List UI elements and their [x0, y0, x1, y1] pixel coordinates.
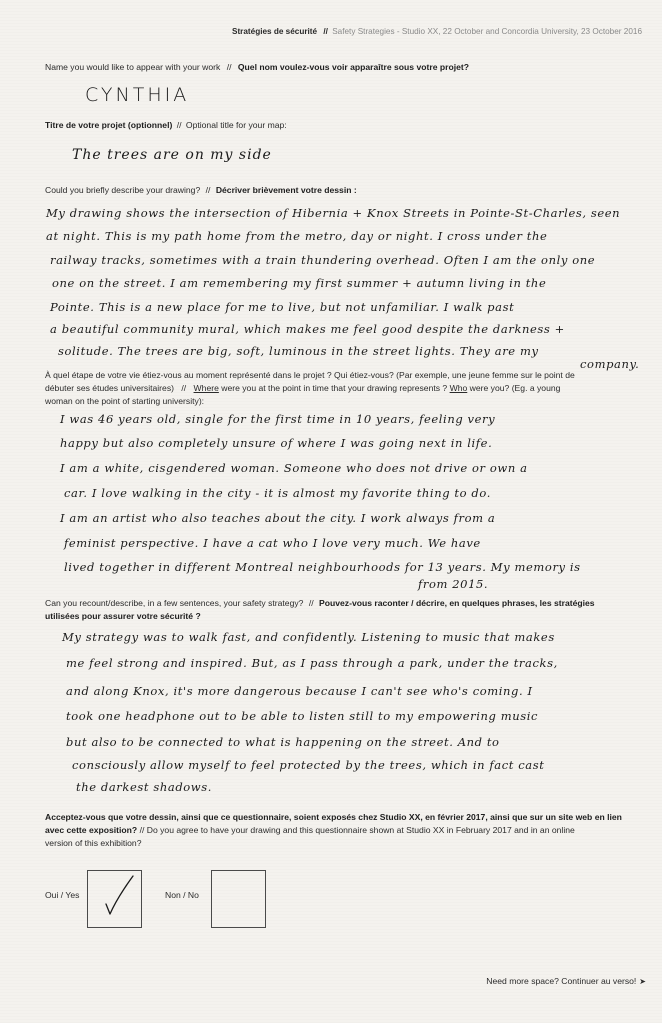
footer-note: Need more space? Continuer au verso!➤	[486, 976, 646, 986]
handwritten-line: a beautiful community mural, which makes…	[50, 322, 565, 336]
separator: //	[227, 62, 232, 72]
no-checkbox[interactable]	[211, 870, 266, 928]
title-question: Titre de votre projet (optionnel) // Opt…	[45, 119, 635, 132]
handwritten-line: took one headphone out to be able to lis…	[66, 709, 538, 723]
header-subtitle: Safety Strategies - Studio XX, 22 Octobe…	[332, 27, 642, 36]
handwritten-line: lived together in different Montreal nei…	[64, 560, 581, 574]
checkmark-icon	[87, 870, 142, 928]
handwritten-line: I am a white, cisgendered woman. Someone…	[60, 461, 528, 475]
name-label-fr: Quel nom voulez-vous voir apparaître sou…	[238, 62, 469, 72]
consent-label-fr-2: avec cette exposition?	[45, 825, 137, 835]
handwritten-line: My strategy was to walk fast, and confid…	[62, 630, 555, 644]
strategy-label-en: Can you recount/describe, in a few sente…	[45, 598, 303, 608]
handwritten-line: feminist perspective. I have a cat who I…	[64, 536, 481, 550]
footer-text: Need more space? Continuer au verso!	[486, 976, 636, 986]
page-header: Stratégies de sécurité // Safety Strateg…	[0, 27, 662, 36]
handwritten-line: My drawing shows the intersection of Hib…	[46, 206, 620, 220]
life-stage-label-fr-1: À quel étape de votre vie étiez-vous au …	[45, 369, 635, 382]
handwritten-line: consciously allow myself to feel protect…	[72, 758, 544, 772]
life-stage-label-en-rest: were you? (Eg. a young	[470, 383, 561, 393]
header-title: Stratégies de sécurité	[232, 27, 317, 36]
handwritten-line: I was 46 years old, single for the first…	[60, 412, 495, 426]
title-label-en: Optional title for your map:	[186, 120, 287, 130]
header-separator: //	[323, 27, 328, 36]
arrow-right-icon: ➤	[639, 977, 646, 986]
strategy-label-fr-2: utilisées pour assurer votre sécurité ?	[45, 611, 201, 621]
yes-checkbox[interactable]	[87, 870, 142, 928]
strategy-question: Can you recount/describe, in a few sente…	[45, 597, 635, 623]
handwritten-line: Pointe. This is a new place for me to li…	[50, 300, 514, 314]
handwritten-line: I am an artist who also teaches about th…	[60, 511, 495, 525]
no-label: Non / No	[165, 890, 199, 900]
handwritten-line: car. I love walking in the city - it is …	[64, 486, 491, 500]
description-label-fr: Décriver brièvement votre dessin :	[216, 185, 357, 195]
handwritten-line: solitude. The trees are big, soft, lumin…	[58, 344, 539, 358]
title-label-fr: Titre de votre projet (optionnel)	[45, 120, 172, 130]
name-field[interactable]: CYNTHIA	[85, 84, 189, 106]
handwritten-line: happy but also completely unsure of wher…	[60, 436, 492, 450]
handwritten-line: one on the street. I am remembering my f…	[52, 276, 546, 290]
life-stage-where: Where	[194, 383, 219, 393]
separator: //	[177, 120, 182, 130]
consent-label-en-2: version of this exhibition?	[45, 837, 635, 850]
name-label-en: Name you would like to appear with your …	[45, 62, 220, 72]
description-question: Could you briefly describe your drawing?…	[45, 184, 635, 197]
handwritten-line: me feel strong and inspired. But, as I p…	[66, 656, 558, 670]
life-stage-label-fr-2: débuter ses études universitaires)	[45, 383, 174, 393]
life-stage-question: À quel étape de votre vie étiez-vous au …	[45, 369, 635, 408]
consent-label-fr-1: Acceptez-vous que votre dessin, ainsi qu…	[45, 812, 622, 822]
name-question: Name you would like to appear with your …	[45, 61, 635, 74]
handwritten-line: the darkest shadows.	[76, 780, 212, 794]
handwritten-line: but also to be connected to what is happ…	[66, 735, 500, 749]
strategy-label-fr-1: Pouvez-vous raconter / décrire, en quelq…	[319, 598, 595, 608]
description-label-en: Could you briefly describe your drawing?	[45, 185, 200, 195]
consent-question: Acceptez-vous que votre dessin, ainsi qu…	[45, 811, 635, 850]
separator: //	[309, 598, 314, 608]
life-stage-who: Who	[450, 383, 468, 393]
title-field[interactable]: The trees are on my side	[72, 147, 272, 163]
handwritten-line: from 2015.	[418, 577, 488, 591]
separator: //	[140, 825, 145, 835]
handwritten-line: at night. This is my path home from the …	[46, 229, 547, 243]
life-stage-label-en-3: woman on the point of starting universit…	[45, 395, 635, 408]
handwritten-line: railway tracks, sometimes with a train t…	[50, 253, 595, 267]
handwritten-line: and along Knox, it's more dangerous beca…	[66, 684, 533, 698]
separator: //	[206, 185, 211, 195]
separator: //	[181, 383, 186, 393]
life-stage-label-en-mid: were you at the point in time that your …	[221, 383, 447, 393]
yes-label: Oui / Yes	[45, 890, 79, 900]
consent-label-en-1: Do you agree to have your drawing and th…	[147, 825, 575, 835]
